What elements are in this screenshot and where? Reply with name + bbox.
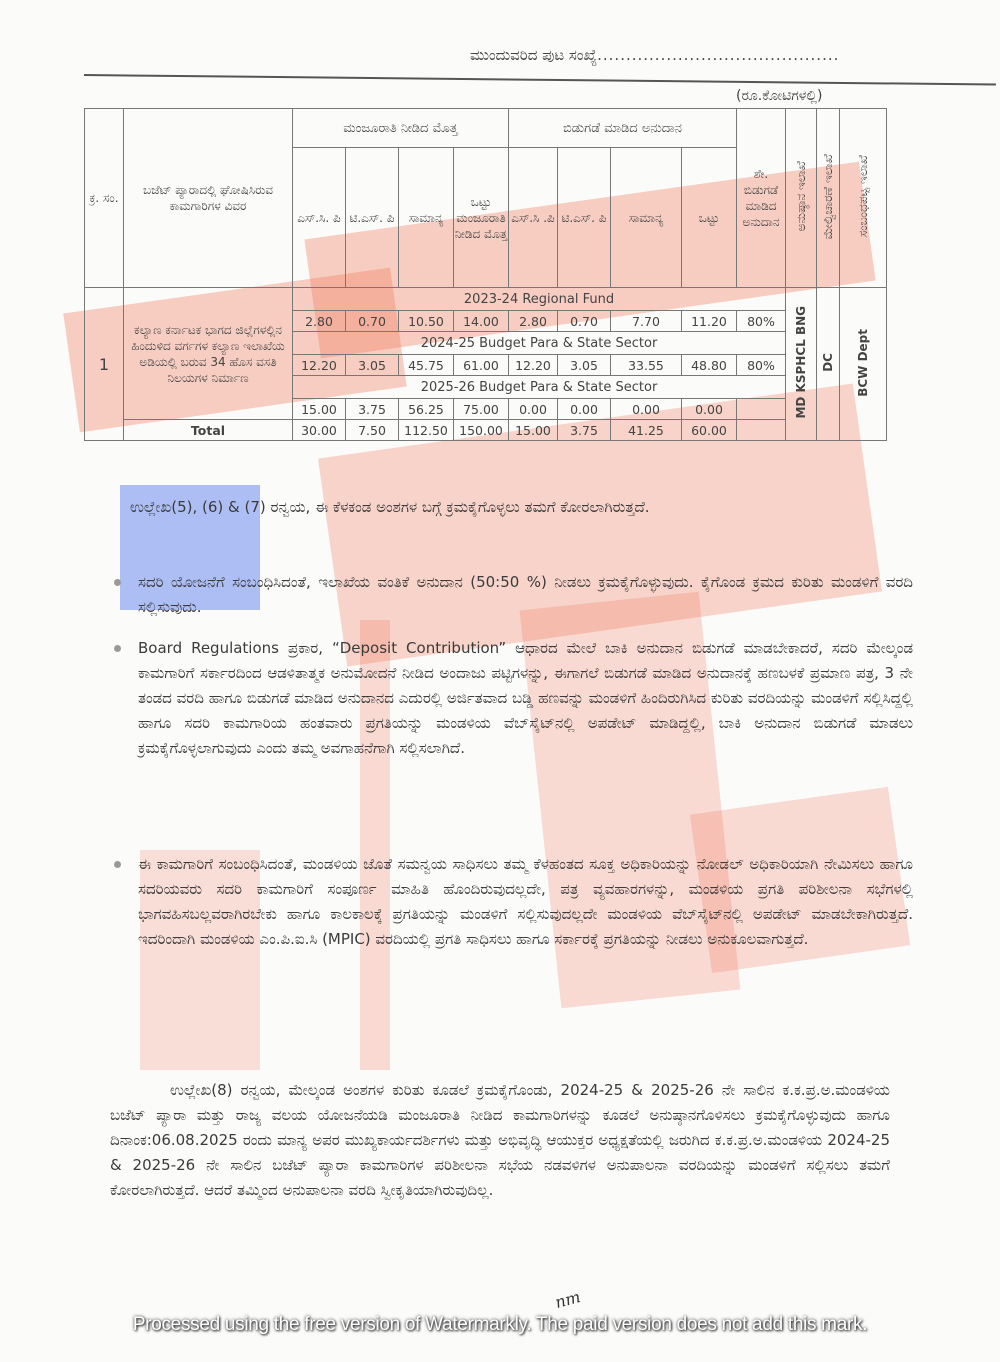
header-sanctioned-group: ಮಂಜೂರಾತಿ ನೀಡಿದ ಮೊತ್ತ — [293, 109, 509, 148]
header-rel-scsp: ಎಸ್.ಸಿ .ಪಿ — [509, 148, 558, 288]
row-supervising-dept: DC — [817, 288, 840, 441]
cell: 12.20 — [509, 355, 558, 376]
cell: 0.00 — [611, 399, 682, 420]
header-rel-total: ಒಟ್ಟು — [682, 148, 737, 288]
cell: 75.00 — [454, 399, 509, 420]
page-number-dots: ........................................… — [597, 46, 839, 64]
bullet-icon — [114, 579, 121, 586]
cell: 15.00 — [509, 420, 558, 441]
cell: 12.20 — [293, 355, 346, 376]
header-tsp: ಟಿ.ಎಸ್. ಪಿ — [346, 148, 399, 288]
cell: 0.70 — [558, 311, 611, 332]
row-concerned-dept: BCW Dept — [840, 288, 887, 441]
bullet-text: ಈ ಕಾಮಗಾರಿಗೆ ಸಂಬಂಧಿಸಿದಂತೆ, ಮಂಡಳಿಯ ಜೊತೆ ಸಮ… — [138, 855, 913, 948]
bullet-text: ಸದರಿ ಯೋಜನೆಗೆ ಸಂಬಂಧಿಸಿದಂತೆ, ಇಲಾಖೆಯ ವಂತಿಕೆ… — [138, 573, 913, 616]
cell: 41.25 — [611, 420, 682, 441]
row-implementing-dept: MD KSPHCL BNG — [786, 288, 817, 441]
cell: 0.70 — [346, 311, 399, 332]
cell: 30.00 — [293, 420, 346, 441]
cell: 48.80 — [682, 355, 737, 376]
cell: 0.00 — [682, 399, 737, 420]
watermark-text: Processed using the free version of Wate… — [0, 1314, 1000, 1336]
paragraph-reference-5-7: ಉಲ್ಲೇಖ(5), (6) & (7) ರನ್ವಯ, ಈ ಕೆಳಕಂಡ ಅಂಶ… — [90, 495, 890, 520]
bullet-icon — [114, 861, 121, 868]
bullet-item: ಈ ಕಾಮಗಾರಿಗೆ ಸಂಬಂಧಿಸಿದಂತೆ, ಮಂಡಳಿಯ ಜೊತೆ ಸಮ… — [114, 852, 913, 952]
continued-page-label: ಮುಂದುವರಿದ ಪುಟ ಸಂಖ್ಯೆ — [470, 46, 597, 64]
cell: 45.75 — [399, 355, 454, 376]
cell: 80% — [737, 311, 786, 332]
header-scsp: ಎಸ್.ಸಿ. ಪಿ — [293, 148, 346, 288]
total-row: Total 30.00 7.50 112.50 150.00 15.00 3.7… — [85, 420, 887, 441]
bullet-item: Board Regulations ಪ್ರಕಾರ, “Deposit Contr… — [114, 636, 913, 761]
header-description: ಬಜೆಟ್ ಪ್ಯಾರಾದಲ್ಲಿ ಘೋಷಿಸಿರುವ ಕಾಮಗಾರಿಗಳ ವಿ… — [124, 109, 293, 288]
header-percent-released: ಶೇ. ಬಿಡುಗಡೆ ಮಾಡಿದ ಅನುದಾನ — [737, 109, 786, 288]
bullet-icon — [114, 645, 121, 652]
group-label: 2025-26 Budget Para & State Sector — [293, 376, 786, 399]
cell: 0.00 — [558, 399, 611, 420]
header-rel-general: ಸಾಮಾನ್ಯ — [611, 148, 682, 288]
cell: 14.00 — [454, 311, 509, 332]
cell: 7.50 — [346, 420, 399, 441]
row-sl-no: 1 — [85, 288, 124, 441]
cell: 33.55 — [611, 355, 682, 376]
header-rel-tsp: ಟಿ.ಎಸ್. ಪಿ — [558, 148, 611, 288]
row-description: ಕಲ್ಯಾಣ ಕರ್ನಾಟಕ ಭಾಗದ ಜಿಲ್ಲೆಗಳಲ್ಲಿನ ಹಿಂದುಳ… — [124, 288, 293, 420]
cell: 15.00 — [293, 399, 346, 420]
header-released-group: ಬಿಡುಗಡೆ ಮಾಡಿದ ಅನುದಾನ — [509, 109, 737, 148]
cell: 3.75 — [346, 399, 399, 420]
signature: nm — [553, 1287, 583, 1312]
cell: 11.20 — [682, 311, 737, 332]
cell: 0.00 — [509, 399, 558, 420]
budget-table: ಕ್ರ. ಸಂ. ಬಜೆಟ್ ಪ್ಯಾರಾದಲ್ಲಿ ಘೋಷಿಸಿರುವ ಕಾಮ… — [84, 108, 887, 441]
cell: 10.50 — [399, 311, 454, 332]
unit-note: (ರೂ.ಕೋಟಿಗಳಲ್ಲಿ) — [736, 88, 822, 104]
cell: 150.00 — [454, 420, 509, 441]
paragraph-reference-8: ಉಲ್ಲೇಖ(8) ರನ್ವಯ, ಮೇಲ್ಕಂಡ ಅಂಶಗಳ ಕುರಿತು ಕೂ… — [110, 1078, 890, 1203]
header-supervising-dept: ಮೇಲ್ವಿಚಾರಣೆ ಇಲಾಖೆ — [817, 109, 840, 288]
cell: 56.25 — [399, 399, 454, 420]
cell: 112.50 — [399, 420, 454, 441]
cell: 61.00 — [454, 355, 509, 376]
group-label: 2023-24 Regional Fund — [293, 288, 786, 311]
cell: 2.80 — [293, 311, 346, 332]
total-label: Total — [124, 420, 293, 441]
header-general: ಸಾಮಾನ್ಯ — [399, 148, 454, 288]
group-label: 2024-25 Budget Para & State Sector — [293, 332, 786, 355]
cell: 7.70 — [611, 311, 682, 332]
cell: 3.05 — [558, 355, 611, 376]
cell — [737, 399, 786, 420]
header-sl-no: ಕ್ರ. ಸಂ. — [85, 109, 124, 288]
header-total-sanctioned: ಒಟ್ಟು ಮಂಜೂರಾತಿ ನೀಡಿದ ಮೊತ್ತ — [454, 148, 509, 288]
cell: 80% — [737, 355, 786, 376]
cell: 3.05 — [346, 355, 399, 376]
cell: 2.80 — [509, 311, 558, 332]
continued-page-header: ಮುಂದುವರಿದ ಪುಟ ಸಂಖ್ಯೆ....................… — [470, 46, 839, 64]
bullet-text: Board Regulations ಪ್ರಕಾರ, “Deposit Contr… — [138, 639, 913, 757]
cell: 3.75 — [558, 420, 611, 441]
cell — [737, 420, 786, 441]
header-implementing-dept: ಅನುಷ್ಠಾನ ಇಲಾಖೆ — [786, 109, 817, 288]
cell: 60.00 — [682, 420, 737, 441]
header-concerned-dept: ಸಂಬಂಧಪಟ್ಟ ಇಲಾಖೆ — [840, 109, 887, 288]
header-rule — [84, 74, 996, 86]
bullet-item: ಸದರಿ ಯೋಜನೆಗೆ ಸಂಬಂಧಿಸಿದಂತೆ, ಇಲಾಖೆಯ ವಂತಿಕೆ… — [114, 570, 913, 620]
